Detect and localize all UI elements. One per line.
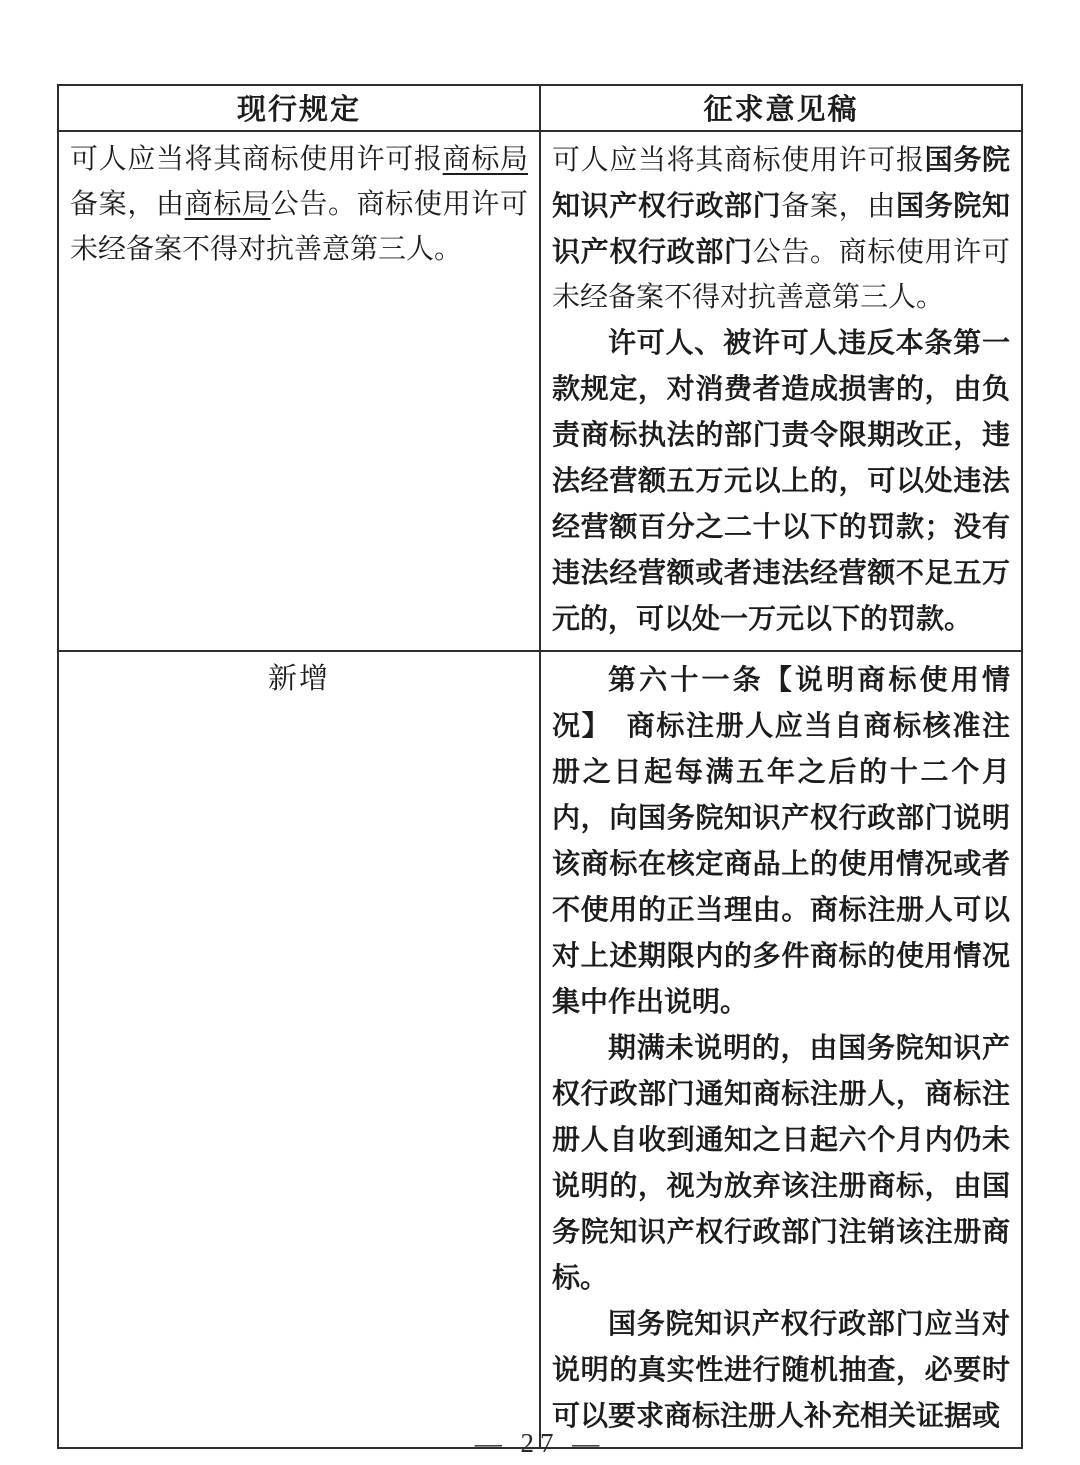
bold-revision-text: 第六十一条【说明商标使用情况】 商标注册人应当自商标核准注册之日起每满五年之后的… (552, 664, 1010, 1017)
paragraph: 许可人、被许可人违反本条第一款规定，对消费者造成损害的，由负责商标执法的部门责令… (552, 320, 1010, 642)
body-text: 可人应当将其商标使用许可报 (70, 144, 443, 175)
bold-revision-text: 期满未说明的，由国务院知识产权行政部门通知商标注册人，商标注册人自收到通知之日起… (552, 1032, 1010, 1293)
body-text: 备案，由 (781, 191, 896, 222)
paragraph: 期满未说明的，由国务院知识产权行政部门通知商标注册人，商标注册人自收到通知之日起… (552, 1025, 1010, 1301)
document-page: 现行规定 征求意见稿 可人应当将其商标使用许可报商标局备案，由商标局公告。商标使… (0, 0, 1080, 1465)
underlined-text: 商标局 (185, 189, 271, 220)
cell-current-regulation-row2: 新增 (58, 651, 540, 1448)
header-row: 现行规定 征求意见稿 (58, 85, 1022, 131)
paragraph: 国务院知识产权行政部门应当对说明的真实性进行随机抽查，必要时可以要求商标注册人补… (552, 1301, 1010, 1439)
bold-revision-text: 国务院知识产权行政部门应当对说明的真实性进行随机抽查，必要时可以要求商标注册人补… (552, 1308, 1010, 1431)
body-text: 可人应当将其商标使用许可报 (552, 145, 925, 176)
table-row: 新增 第六十一条【说明商标使用情况】 商标注册人应当自商标核准注册之日起每满五年… (58, 651, 1022, 1448)
comparison-table: 现行规定 征求意见稿 可人应当将其商标使用许可报商标局备案，由商标局公告。商标使… (57, 84, 1023, 1449)
cell-draft-row2: 第六十一条【说明商标使用情况】 商标注册人应当自商标核准注册之日起每满五年之后的… (540, 651, 1022, 1448)
paragraph: 第六十一条【说明商标使用情况】 商标注册人应当自商标核准注册之日起每满五年之后的… (552, 657, 1010, 1025)
column-header-current-regulation: 现行规定 (58, 85, 540, 131)
body-text: 备案，由 (70, 189, 185, 220)
cell-draft-row1: 可人应当将其商标使用许可报国务院知识产权行政部门备案，由国务院知识产权行政部门公… (540, 131, 1022, 651)
column-header-draft-for-comments: 征求意见稿 (540, 85, 1022, 131)
paragraph: 可人应当将其商标使用许可报国务院知识产权行政部门备案，由国务院知识产权行政部门公… (552, 137, 1010, 320)
paragraph: 可人应当将其商标使用许可报商标局备案，由商标局公告。商标使用许可未经备案不得对抗… (70, 137, 528, 272)
page-number: — 27 — (0, 1428, 1080, 1459)
bold-revision-text: 许可人、被许可人违反本条第一款规定，对消费者造成损害的，由负责商标执法的部门责令… (552, 327, 1010, 634)
cell-current-regulation-row1: 可人应当将其商标使用许可报商标局备案，由商标局公告。商标使用许可未经备案不得对抗… (58, 131, 540, 651)
underlined-text: 商标局 (443, 144, 528, 175)
table-row: 可人应当将其商标使用许可报商标局备案，由商标局公告。商标使用许可未经备案不得对抗… (58, 131, 1022, 651)
new-addition-label: 新增 (268, 663, 330, 695)
